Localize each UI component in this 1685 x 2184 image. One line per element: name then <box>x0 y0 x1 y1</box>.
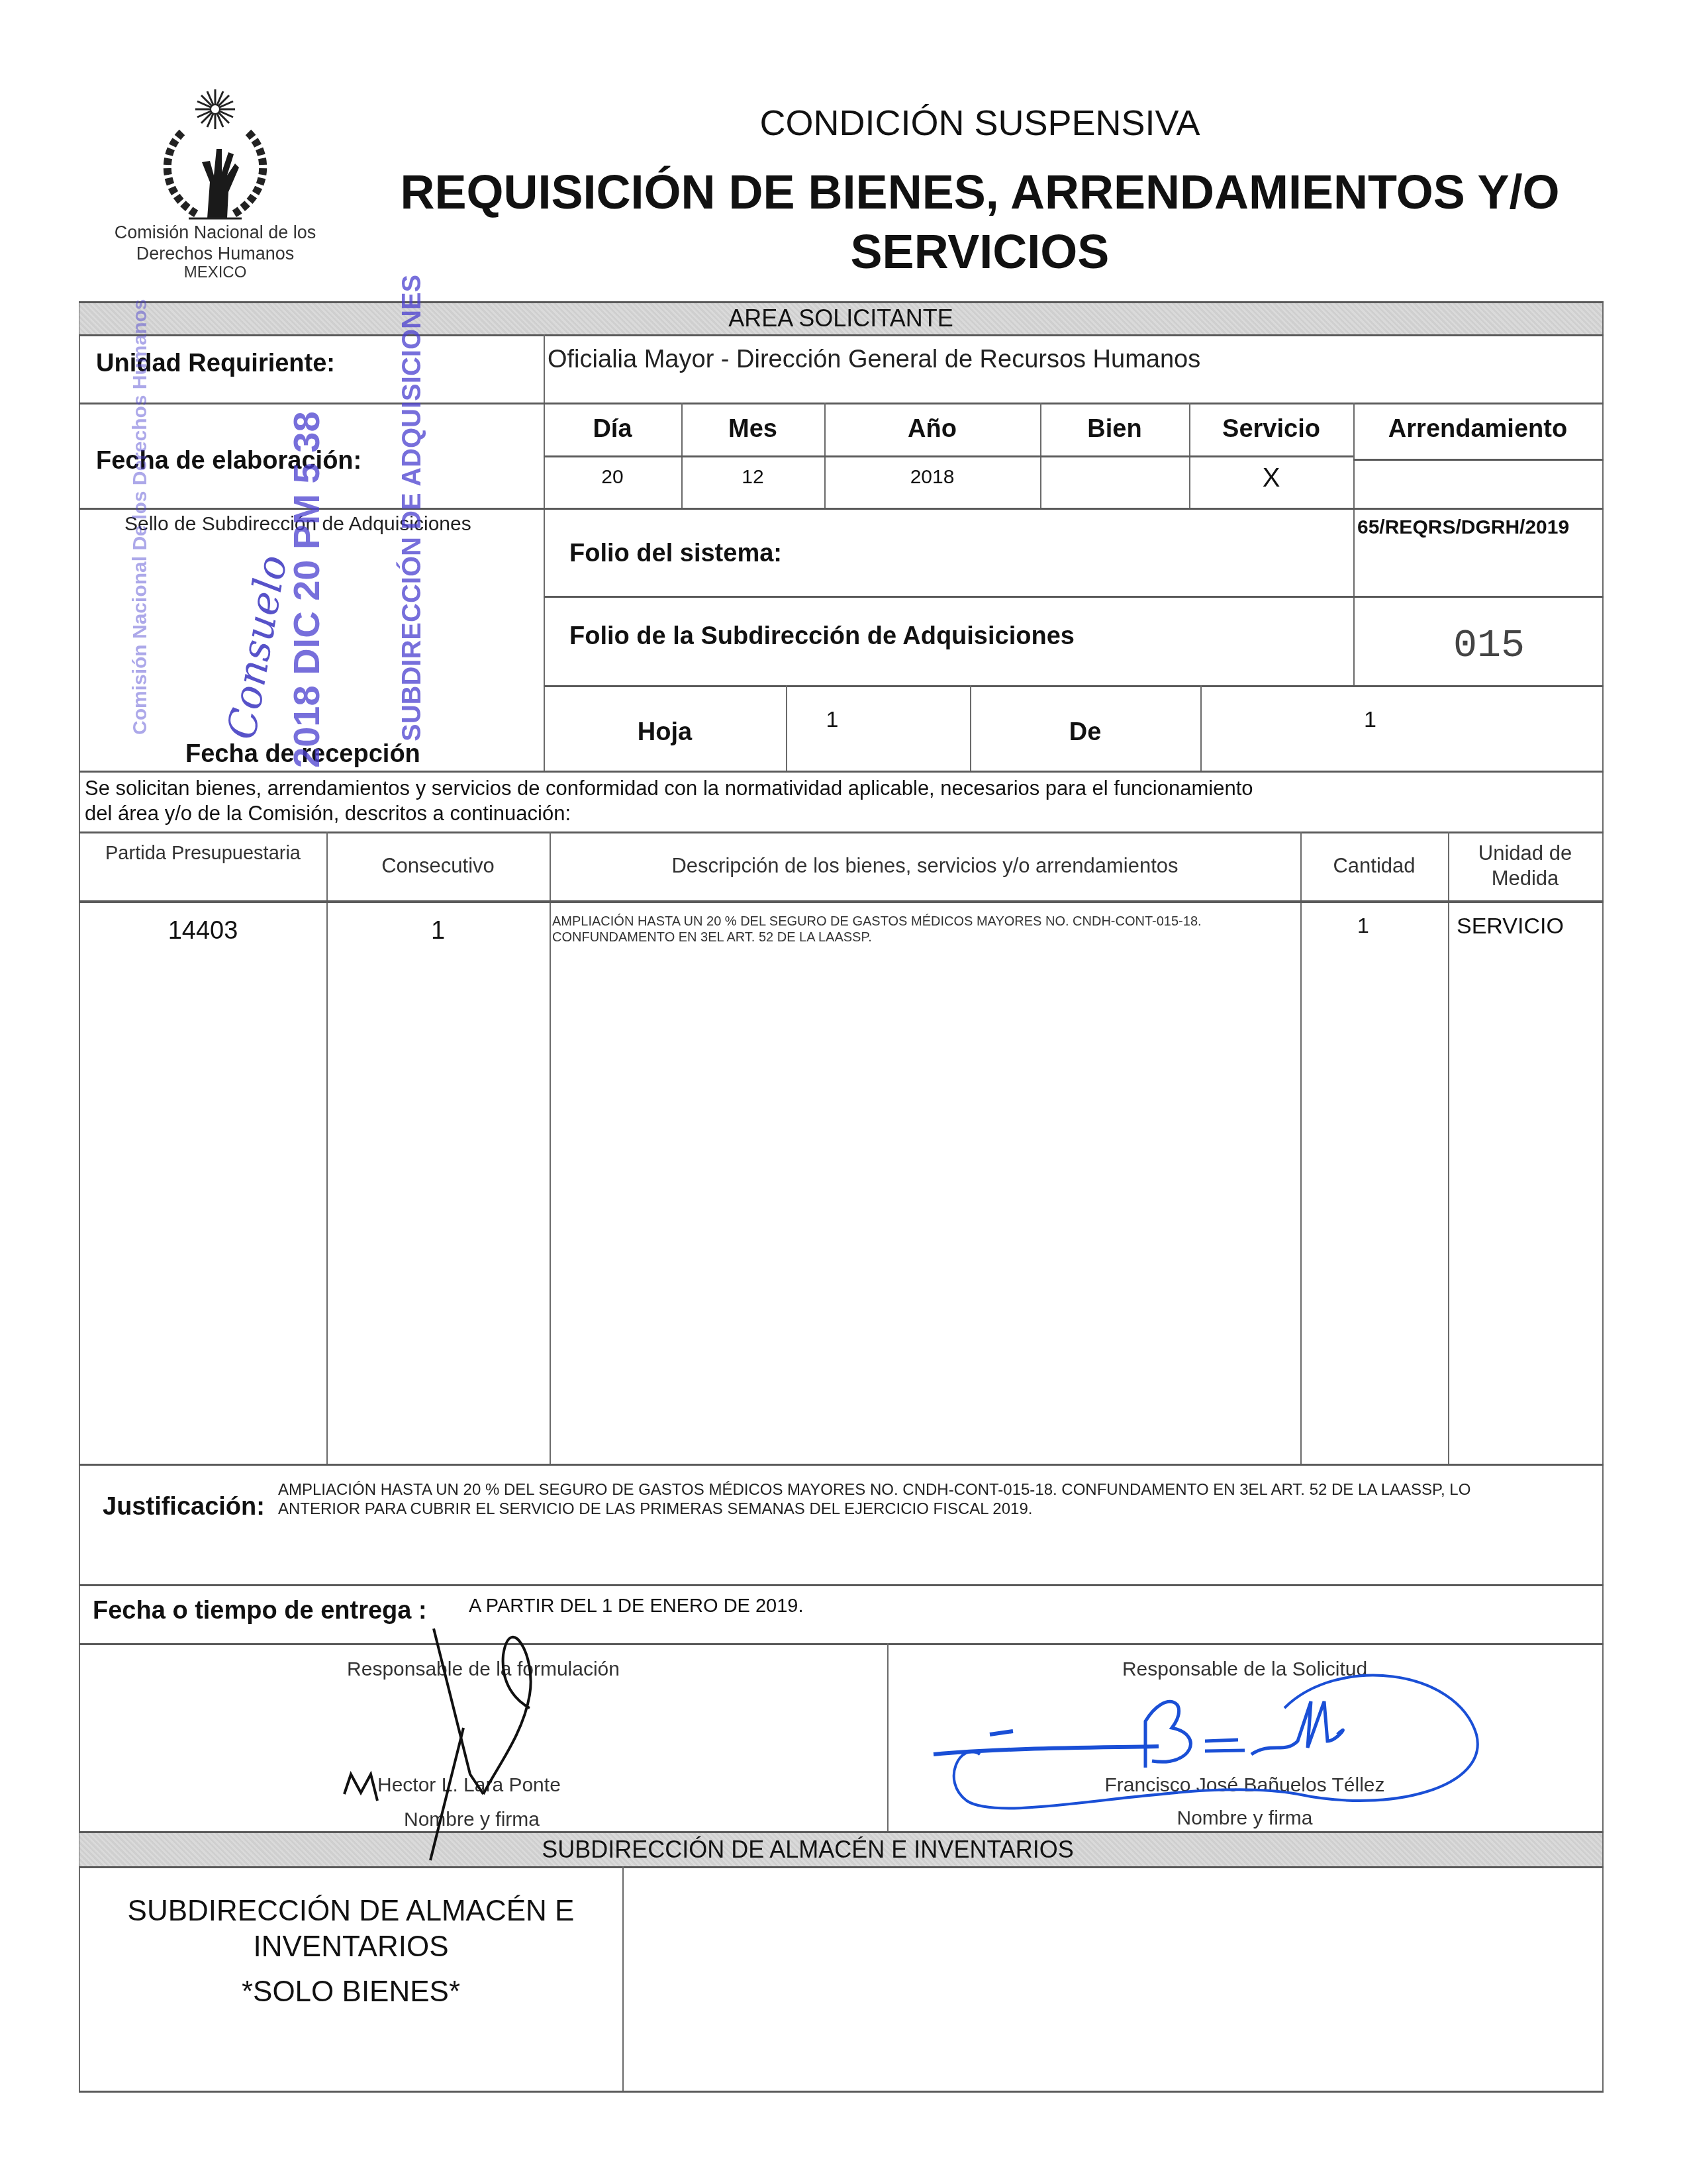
org-name-line1: Comisión Nacional de los <box>79 222 351 243</box>
de-value: 1 <box>1364 707 1376 733</box>
col-dia: Día <box>544 415 681 444</box>
stamp-commission-text: Comisión Nacional De los Derechos Humano… <box>129 299 152 736</box>
row-consecutivo: 1 <box>326 917 550 945</box>
col-arrendamiento: Arrendamiento <box>1353 415 1602 444</box>
dia-value: 20 <box>544 466 681 489</box>
col-bien: Bien <box>1040 415 1189 444</box>
row-unidad-medida: SERVICIO <box>1457 914 1564 939</box>
header-unidad-medida: Unidad de Medida <box>1448 841 1602 891</box>
mes-value: 12 <box>681 466 824 489</box>
folio-subdireccion-value: 015 <box>1453 624 1525 669</box>
de-label: De <box>970 718 1200 747</box>
almacen-box-line1: SUBDIRECCIÓN DE ALMACÉN E <box>79 1893 622 1929</box>
intro-line2: del área y/o de la Comisión, descritos a… <box>85 801 1594 826</box>
sig-left-name: Hector L. Lara Ponte <box>377 1774 561 1797</box>
sig-right-name: Francisco José Bañuelos Téllez <box>887 1774 1602 1797</box>
logo-emblem-icon <box>136 83 295 225</box>
folio-subdireccion-label: Folio de la Subdirección de Adquisicione… <box>569 622 1075 651</box>
unidad-requiriente-value: Oficialia Mayor - Dirección General de R… <box>548 346 1200 374</box>
org-name-line3: MEXICO <box>79 264 351 281</box>
servicio-value: X <box>1189 463 1353 493</box>
header-partida: Partida Presupuestaria <box>79 841 326 866</box>
entrega-label: Fecha o tiempo de entrega : <box>93 1597 427 1625</box>
almacen-box-title: SUBDIRECCIÓN DE ALMACÉN E INVENTARIOS *S… <box>79 1893 622 2010</box>
header-descripcion: Descripción de los bienes, servicios y/o… <box>550 854 1300 878</box>
justificacion-text: AMPLIACIÓN HASTA UN 20 % DEL SEGURO DE G… <box>278 1480 1556 1519</box>
anio-value: 2018 <box>824 466 1040 489</box>
almacen-title: SUBDIRECCIÓN DE ALMACÉN E INVENTARIOS <box>79 1836 1536 1864</box>
almacen-box-note: *SOLO BIENES* <box>79 1974 622 2010</box>
stamp-org-text: SUBDIRECCIÓN DE ADQUISICIONES <box>397 275 427 741</box>
document-title-line2: SERVICIOS <box>543 225 1417 279</box>
document-title-line1: REQUISICIÓN DE BIENES, ARRENDAMIENTOS Y/… <box>318 166 1642 220</box>
stamp-date-text: 2018 DIC 20 PM 5 38 <box>285 411 328 768</box>
row-partida: 14403 <box>79 917 326 945</box>
org-name-line2: Derechos Humanos <box>79 243 351 264</box>
hoja-value: 1 <box>786 707 879 733</box>
sig-right-caption: Nombre y firma <box>887 1807 1602 1830</box>
col-mes: Mes <box>681 415 824 444</box>
justificacion-label: Justificación: <box>103 1493 265 1521</box>
col-servicio: Servicio <box>1189 415 1353 444</box>
folio-sistema-value: 65/REQRS/DGRH/2019 <box>1357 516 1569 539</box>
row-cantidad: 1 <box>1300 914 1426 938</box>
area-solicitante-title: AREA SOLICITANTE <box>79 305 1602 332</box>
cndh-logo <box>136 83 295 225</box>
intro-text: Se solicitan bienes, arrendamientos y se… <box>85 776 1594 826</box>
header-cantidad: Cantidad <box>1300 854 1448 878</box>
sig-right-role: Responsable de la Solicitud <box>887 1658 1602 1681</box>
entrega-value: A PARTIR DEL 1 DE ENERO DE 2019. <box>469 1595 804 1617</box>
col-anio: Año <box>824 415 1040 444</box>
header-consecutivo: Consecutivo <box>326 854 550 878</box>
intro-line1: Se solicitan bienes, arrendamientos y se… <box>85 776 1594 801</box>
almacen-box-line2: INVENTARIOS <box>79 1929 622 1965</box>
row-descripcion: AMPLIACIÓN HASTA UN 20 % DEL SEGURO DE G… <box>552 914 1297 945</box>
folio-sistema-label: Folio del sistema: <box>569 540 782 568</box>
sig-left-role: Responsable de la formulación <box>79 1658 887 1681</box>
document-subtitle: CONDICIÓN SUSPENSIVA <box>543 103 1417 144</box>
sig-left-caption: Nombre y firma <box>404 1809 540 1831</box>
hoja-label: Hoja <box>544 718 786 747</box>
